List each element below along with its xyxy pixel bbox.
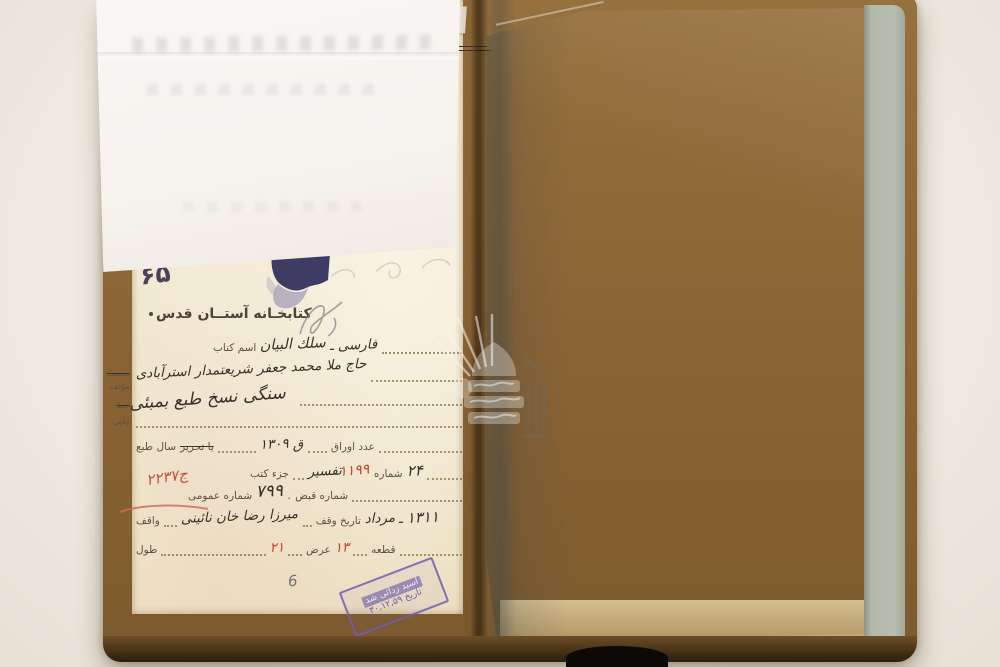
section-value: تفسير — [307, 463, 342, 480]
endower-value: ميرزا رضا خان نائينی — [181, 506, 299, 527]
bleed-through-text-1 — [132, 34, 431, 52]
white-paper-overlay — [96, 0, 460, 272]
length-dotted — [161, 550, 265, 556]
year-dotted-1 — [218, 447, 256, 453]
folios-label: عدد اوراق — [331, 441, 375, 453]
endower-dotted-2 — [303, 521, 312, 527]
bleed-through-text-3 — [183, 202, 365, 211]
second-endpaper-edge — [864, 5, 905, 646]
title-value: سلك البيان — [260, 335, 327, 354]
section-row: جزء كتب تفسير ۱۱۹۹ شماره ۲۴ — [250, 462, 462, 480]
paper-crease — [96, 52, 460, 60]
photo-scene: ۶۵ كتابخـانه آستــان قدس اسم كتاب سلك ال… — [0, 0, 1000, 667]
script-label: چاپی — [100, 414, 130, 430]
endow-date-dash: ـ — [399, 511, 404, 527]
general-dot: . — [288, 490, 292, 502]
year-row: سال طبع یا تحریر ۱۳۰۹ ق عدد اوراق — [136, 437, 462, 453]
length-value: ۲۱ — [269, 539, 284, 556]
author-labels: مصنف مؤلف — [100, 368, 130, 394]
receipt-dotted — [352, 496, 462, 502]
endow-date-label: تاریخ وقف — [316, 515, 361, 527]
script-value-wrap: سنگی نسخ طبع بمبئی — [130, 394, 287, 414]
book-bottom-edge — [103, 636, 917, 662]
section-label: جزء كتب — [250, 468, 289, 480]
general-number-row: شماره عمومی ۷۹۹ . شماره قبض — [188, 482, 462, 502]
format-dotted — [400, 550, 463, 556]
year-value: ۱۳۰۹ — [259, 436, 289, 453]
title-dash: ـ — [330, 338, 335, 354]
general-number-label: شماره عمومی — [188, 490, 252, 502]
section-red-overwrite: ۱۱۹۹ — [338, 461, 369, 480]
author-label: مؤلف — [100, 381, 130, 394]
format-label: قطعه — [371, 544, 395, 556]
title-language: فارسی — [338, 336, 378, 354]
author-dotted-line — [371, 376, 462, 382]
title-row: اسم كتاب سلك البيان ـ فارسی — [213, 338, 462, 354]
dim-dotted-1 — [288, 550, 302, 556]
header-dot — [149, 312, 153, 316]
library-header: كتابخـانه آستــان قدس — [156, 306, 312, 322]
section-dotted-1 — [293, 474, 304, 480]
year-dotted-2 — [308, 447, 327, 453]
general-number-value: ۷۹۹ — [255, 481, 283, 502]
dimensions-row: طول ۲۱ عرض ۱۳ قطعه — [136, 540, 462, 556]
serial-label: شماره — [374, 468, 403, 480]
author-label-struck: مصنف — [100, 368, 130, 381]
endow-date-year: ۱۳۱۱ — [407, 508, 440, 527]
script-dotted-top — [300, 400, 462, 406]
endow-date-month: مرداد — [364, 510, 395, 527]
year-label: سال طبع — [136, 441, 176, 453]
endower-dotted-1 — [164, 521, 177, 527]
receipt-label: شماره قبض — [295, 490, 348, 502]
title-label: اسم كتاب — [213, 342, 256, 354]
blue-endpaper — [487, 4, 868, 644]
bleed-through-text-2 — [147, 84, 387, 95]
title-dotted-line — [382, 348, 462, 354]
pencil-number: 6 — [287, 572, 298, 591]
length-label: طول — [136, 544, 157, 556]
year-unit: ق — [292, 437, 303, 453]
serial-value: ۲۴ — [406, 461, 423, 480]
folios-dotted — [379, 447, 462, 453]
spine-shadow — [566, 646, 668, 667]
author-row: حاج ملا محمد جعفر شريعتمدار استرآبادی — [136, 366, 462, 382]
script-dotted-bottom — [136, 422, 462, 428]
width-value: ۱۳ — [334, 539, 349, 556]
endowment-row: واقف ميرزا رضا خان نائينی تاریخ وقف مردا… — [136, 509, 462, 527]
year-label-struck: یا تحریر — [180, 441, 214, 453]
dim-dotted-2 — [353, 550, 367, 556]
script-label-struck: خط — [100, 398, 130, 414]
width-label: عرض — [306, 544, 331, 556]
endower-label: واقف — [136, 515, 160, 527]
script-labels: خط چاپی — [100, 398, 130, 430]
